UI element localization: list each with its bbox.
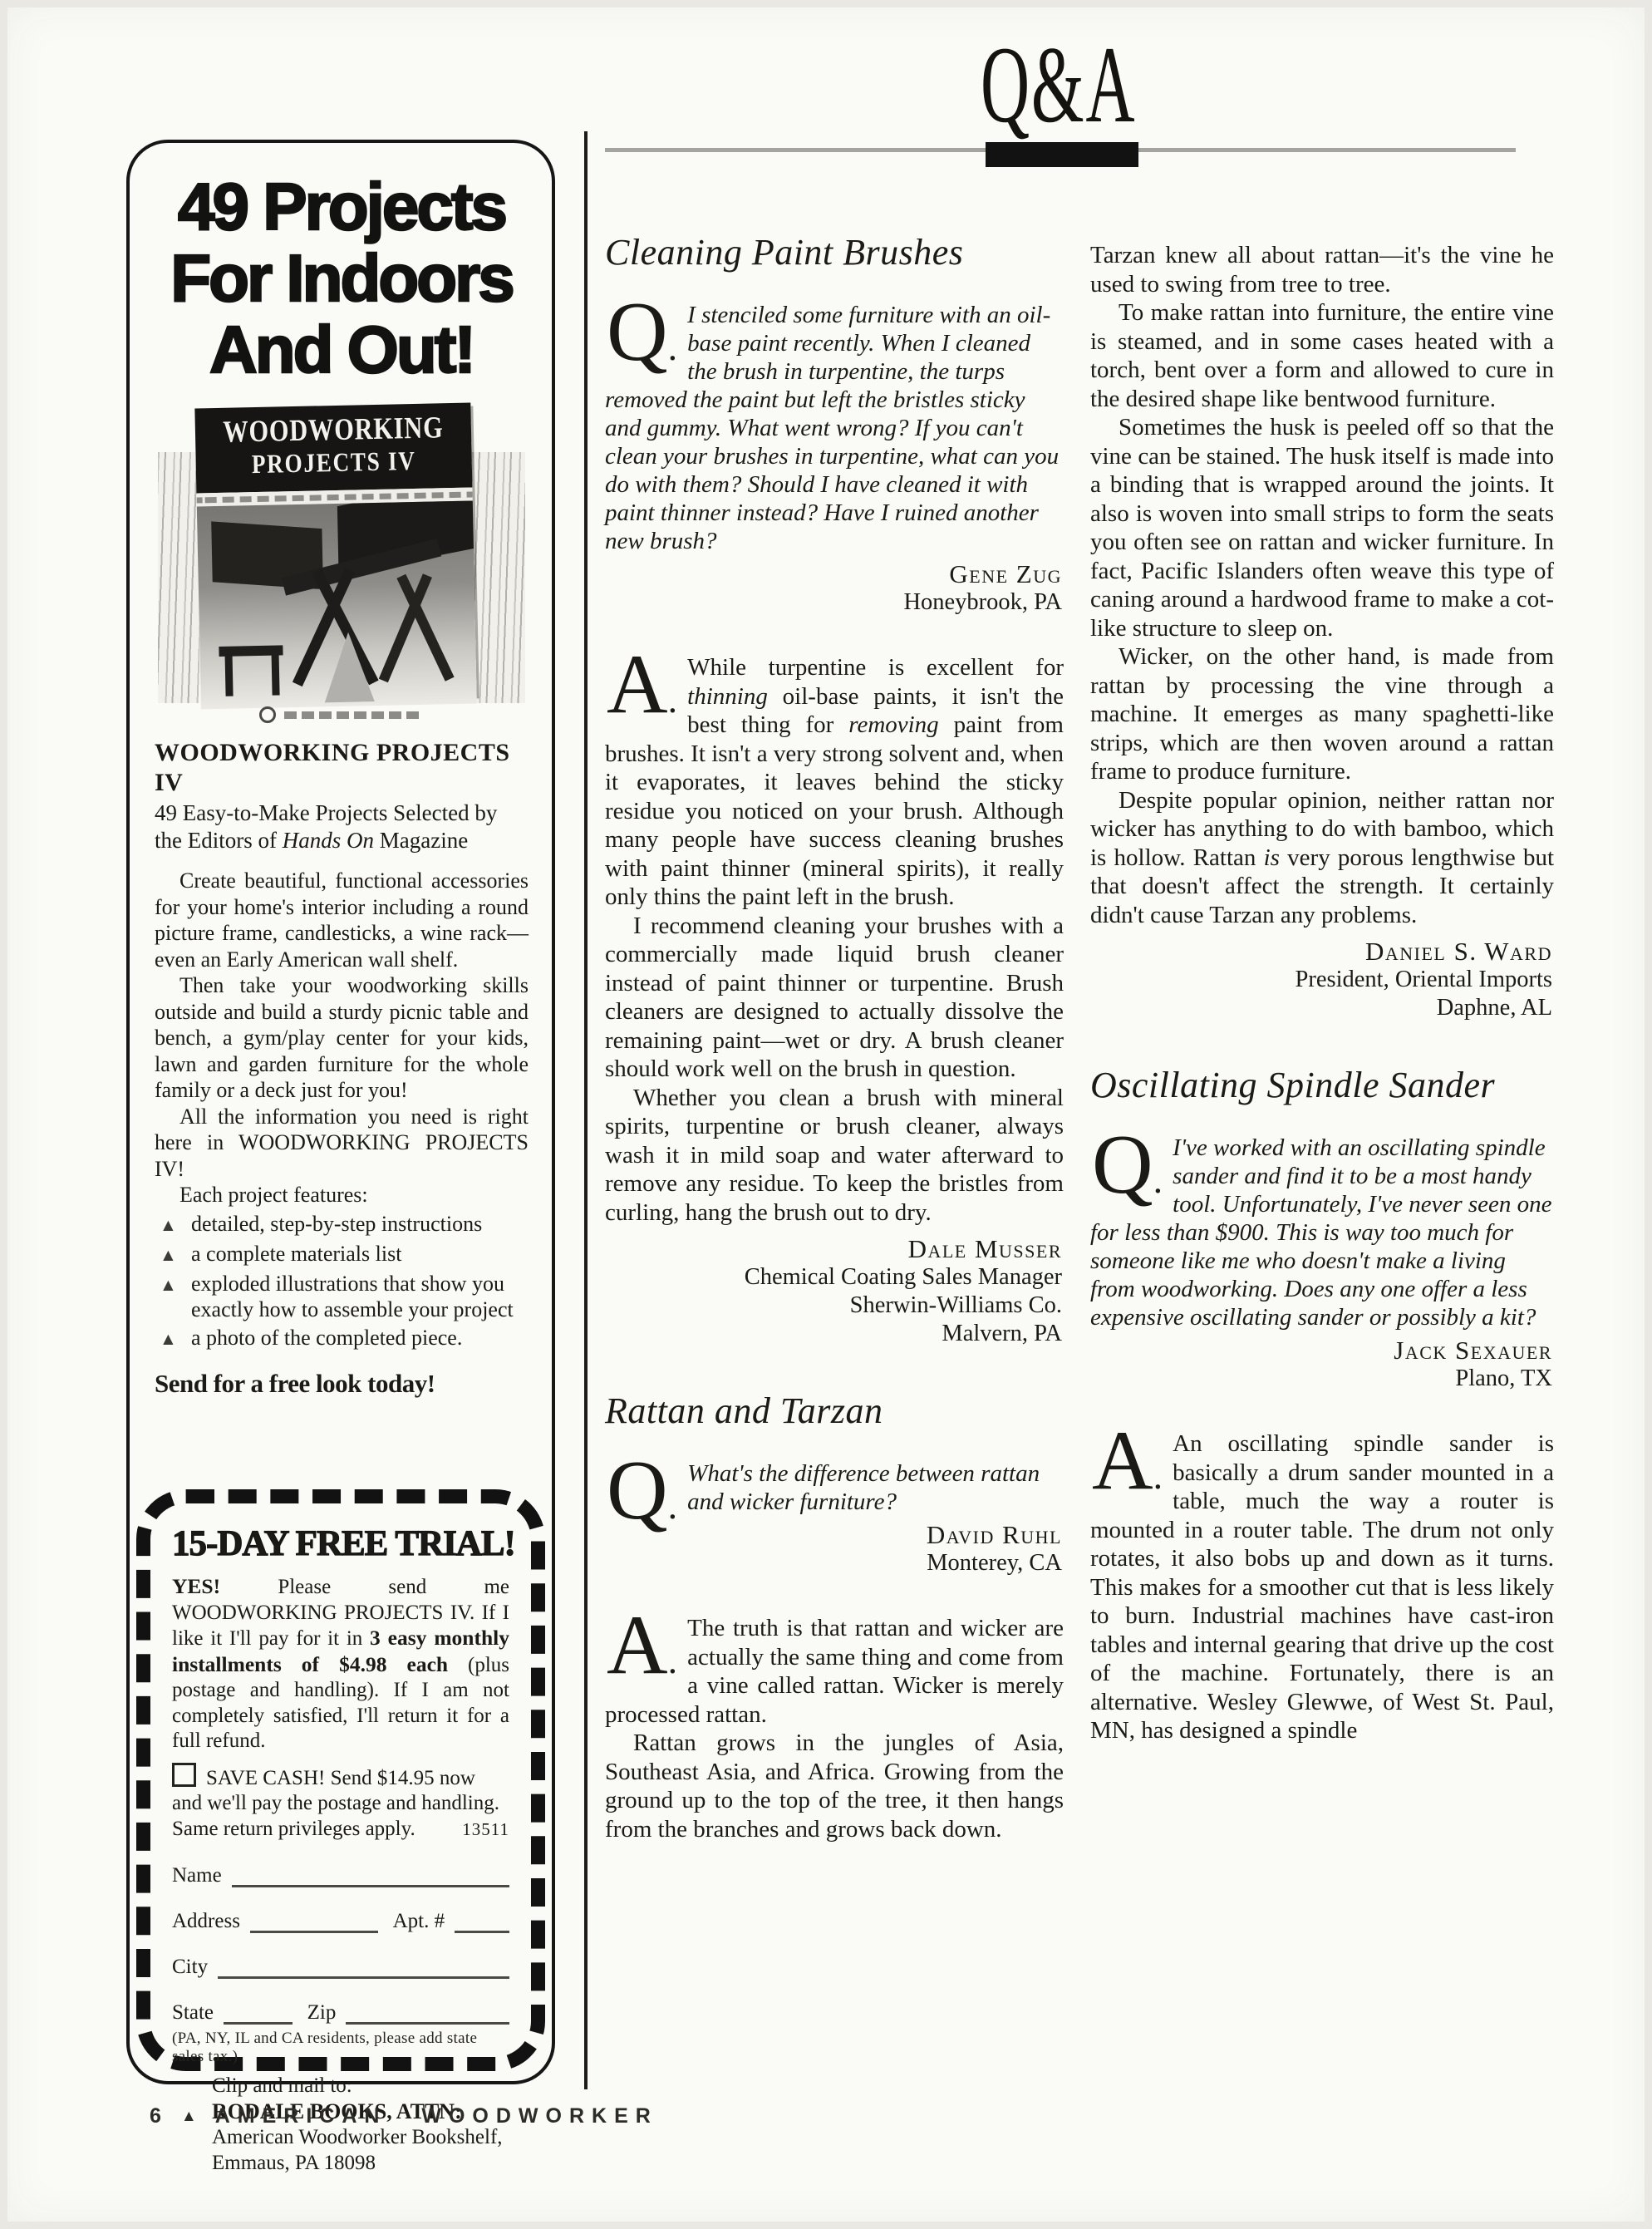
footer-triangle-icon: ▲ [181, 2108, 197, 2126]
page-title: Q&A [981, 30, 1136, 140]
question-block: Q.I've worked with an oscillating spindl… [1090, 1134, 1554, 1331]
page-number: 6 [150, 2104, 161, 2128]
mailing-address-city: Emmaus, PA 18098 [212, 2150, 509, 2176]
feature-list-item: ▲a photo of the completed piece. [160, 1325, 529, 1352]
ad-body-copy: Create beautiful, functional accessories… [155, 868, 529, 1182]
feature-item-text: a complete materials list [191, 1241, 401, 1268]
name-field-label: Name [172, 1864, 222, 1887]
answer-paragraph: Despite popular opinion, neither rattan … [1090, 786, 1554, 930]
feature-list-item: ▲exploded illustrations that show you ex… [160, 1271, 529, 1322]
book-cover-photo-area [197, 501, 477, 710]
return-privileges-text: Same return privileges apply. [172, 1817, 415, 1842]
ad-subtitle-magazine-name: Hands On [283, 828, 374, 853]
dropcap-letter: Q [607, 285, 668, 379]
answer-paragraph: Sometimes the husk is peeled off so that… [1090, 413, 1554, 642]
byline-location: Plano, TX [1090, 1365, 1552, 1393]
book-cover-title-band: WOODWORKING PROJECTS IV [194, 403, 472, 494]
form-row-address: Address Apt. # [172, 1909, 509, 1933]
page-footer: 6 ▲ AMERICAN WOODWORKER [150, 2104, 658, 2128]
byline-location: Monterey, CA [605, 1549, 1062, 1577]
masthead-rule-black [986, 142, 1138, 167]
triangle-bullet-icon: ▲ [160, 1271, 191, 1322]
section-title-oscillating-spindle-sander: Oscillating Spindle Sander [1090, 1065, 1554, 1105]
answer-block: A.An oscillating spindle sander is basic… [1090, 1429, 1554, 1745]
city-field-label: City [172, 1956, 208, 1979]
answer-paragraph: A.An oscillating spindle sander is basic… [1090, 1429, 1554, 1745]
clip-and-mail-label: Clip and mail to: [212, 2073, 509, 2099]
answer-text: paint from brushes. It isn't a very stro… [605, 711, 1064, 910]
byline-location: Honeybrook, PA [605, 588, 1062, 617]
save-cash-checkbox[interactable] [172, 1763, 196, 1787]
coupon-form: Name Address Apt. # City State Zip [172, 1863, 509, 2025]
feature-list-item: ▲detailed, step-by-step instructions [160, 1211, 529, 1238]
address-input-line[interactable] [250, 1909, 378, 1933]
form-row-name: Name [172, 1863, 509, 1887]
feature-item-text: detailed, step-by-step instructions [191, 1211, 482, 1238]
ad-subtitle: 49 Easy-to-Make Projects Selected by the… [155, 800, 529, 854]
ad-upper-content: 49 Projects For Indoors And Out! WOODWOR… [130, 143, 552, 1484]
ad-headline-line3: And Out! [155, 314, 529, 386]
photo-silhouette-shape [323, 632, 375, 702]
answer-paragraph: A.While turpentine is excellent for thin… [605, 653, 1064, 912]
section-title-rattan-and-tarzan: Rattan and Tarzan [605, 1391, 1064, 1431]
byline-title: Chemical Coating Sales Manager [605, 1263, 1062, 1292]
byline-name: Jack Sexauer [1090, 1336, 1552, 1365]
zip-input-line[interactable] [346, 2000, 509, 2025]
answer-continuation-block: Tarzan knew all about rattan—it's the vi… [1090, 241, 1554, 929]
save-cash-text: SAVE CASH! Send $14.95 now and we'll pay… [172, 1767, 499, 1815]
section-title-cleaning-paint-brushes: Cleaning Paint Brushes [605, 233, 1064, 273]
question-block: Q.I stenciled some furniture with an oil… [605, 301, 1064, 555]
publisher-logo-text-bars [284, 711, 424, 719]
ad-product-title: WOODWORKING PROJECTS IV [155, 738, 529, 798]
book-advertisement: 49 Projects For Indoors And Out! WOODWOR… [126, 140, 555, 2084]
byline-name: Gene Zug [605, 560, 1062, 588]
byline-name: Daniel S. Ward [1090, 937, 1552, 966]
dropcap-letter: A [607, 1598, 668, 1692]
dropcap-letter: Q [607, 1444, 668, 1538]
feature-item-text: exploded illustrations that show you exa… [191, 1271, 529, 1322]
answer-byline: Daniel S. Ward President, Oriental Impor… [1090, 937, 1552, 1022]
dropcap-letter: Q [1092, 1118, 1153, 1212]
question-text: What's the difference between rattan and… [687, 1460, 1040, 1515]
woodgrain-background-left [158, 452, 199, 703]
question-byline: Gene Zug Honeybrook, PA [605, 560, 1062, 617]
book-cover: WOODWORKING PROJECTS IV [194, 403, 476, 701]
qa-column-1: Cleaning Paint Brushes Q.I stenciled som… [605, 233, 1064, 1843]
ad-features-list: ▲detailed, step-by-step instructions ▲a … [155, 1211, 529, 1352]
dropcap-letter: A [1092, 1414, 1153, 1508]
triangle-bullet-icon: ▲ [160, 1325, 191, 1352]
answer-dropcap: A. [607, 658, 677, 713]
dropcap-period: . [668, 326, 678, 368]
question-block: Q.What's the difference between rattan a… [605, 1459, 1064, 1516]
question-byline: David Ruhl Monterey, CA [605, 1521, 1062, 1577]
column-divider-rule [584, 131, 588, 2089]
city-input-line[interactable] [218, 1955, 509, 1979]
book-cover-title-line1: WOODWORKING [219, 411, 446, 450]
dropcap-period: . [668, 1484, 678, 1527]
zip-field-label: Zip [307, 2001, 337, 2025]
ad-paragraph: Create beautiful, functional accessories… [155, 868, 529, 972]
book-cover-title-line2: PROJECTS IV [216, 445, 451, 480]
magazine-page: Q&A 49 Projects For Indoors And Out! WOO… [0, 0, 1652, 2229]
answer-dropcap: A. [607, 1619, 677, 1674]
apt-input-line[interactable] [455, 1909, 509, 1933]
byline-location: Daphne, AL [1090, 994, 1552, 1022]
ad-headline: 49 Projects For Indoors And Out! [155, 171, 529, 386]
apt-field-label: Apt. # [393, 1910, 445, 1933]
answer-paragraph: Wicker, on the other hand, is made from … [1090, 642, 1554, 786]
answer-paragraph: Tarzan knew all about rattan—it's the vi… [1090, 241, 1554, 298]
triangle-bullet-icon: ▲ [160, 1241, 191, 1268]
ad-paragraph: All the information you need is right he… [155, 1104, 529, 1183]
answer-italic-word: removing [848, 711, 938, 738]
photo-silhouette-shape [224, 654, 233, 696]
form-row-city: City [172, 1955, 509, 1979]
question-dropcap: Q. [607, 306, 677, 361]
feature-list-item: ▲a complete materials list [160, 1241, 529, 1268]
answer-paragraph: To make rattan into furniture, the entir… [1090, 298, 1554, 413]
coupon-title: 15-DAY FREE TRIAL! [172, 1523, 509, 1564]
answer-italic-word: is [1264, 844, 1280, 871]
feature-item-text: a photo of the completed piece. [191, 1325, 462, 1352]
woodgrain-background-right [472, 452, 525, 703]
ad-subtitle-end: Magazine [374, 828, 468, 853]
dropcap-period: . [668, 678, 678, 721]
book-cover-photo: WOODWORKING PROJECTS IV [158, 397, 525, 723]
dropcap-period: . [1153, 1159, 1163, 1201]
question-dropcap: Q. [607, 1464, 677, 1519]
ad-paragraph: Then take your woodworking skills outsid… [155, 972, 529, 1104]
name-input-line[interactable] [232, 1863, 509, 1887]
byline-title: President, Oriental Imports [1090, 966, 1552, 994]
magazine-name: AMERICAN WOODWORKER [215, 2104, 658, 2128]
ad-features-label: Each project features: [155, 1182, 529, 1208]
publisher-logo-icon [259, 706, 276, 723]
state-field-label: State [172, 2001, 214, 2025]
publisher-logo-row [158, 706, 525, 723]
answer-byline: Dale Musser Chemical Coating Sales Manag… [605, 1235, 1062, 1348]
byline-location: Malvern, PA [605, 1320, 1062, 1348]
ad-call-to-action: Send for a free look today! [155, 1369, 529, 1399]
answer-paragraph: I recommend cleaning your brushes with a… [605, 912, 1064, 1084]
answer-paragraph: A.The truth is that rattan and wicker ar… [605, 1614, 1064, 1729]
byline-company: Sherwin-Williams Co. [605, 1292, 1062, 1320]
answer-paragraph: Rattan grows in the jungles of Asia, Sou… [605, 1729, 1064, 1843]
triangle-bullet-icon: ▲ [160, 1211, 191, 1238]
sales-tax-note: (PA, NY, IL and CA residents, please add… [172, 2030, 509, 2066]
question-dropcap: Q. [1092, 1139, 1163, 1193]
coupon-yes-text: YES! [172, 1574, 220, 1598]
question-byline: Jack Sexauer Plano, TX [1090, 1336, 1552, 1393]
state-input-line[interactable] [224, 2000, 293, 2025]
coupon-code: 13511 [462, 1817, 509, 1842]
form-row-state-zip: State Zip [172, 2000, 509, 2025]
answer-dropcap: A. [1092, 1434, 1163, 1489]
answer-italic-word: thinning [687, 683, 768, 710]
photo-silhouette-shape [272, 653, 280, 696]
answer-paragraph: Whether you clean a brush with mineral s… [605, 1084, 1064, 1228]
return-privileges-row: Same return privileges apply. 13511 [172, 1817, 509, 1842]
save-cash-option: SAVE CASH! Send $14.95 now and we'll pay… [172, 1763, 509, 1817]
coupon-offer-text: YES! Please send me WOODWORKING PROJECTS… [172, 1574, 509, 1754]
dropcap-letter: A [607, 637, 668, 731]
ad-headline-line1: 49 Projects [155, 171, 529, 243]
answer-text: While turpentine is excellent for [687, 654, 1064, 681]
qa-column-2: Tarzan knew all about rattan—it's the vi… [1090, 241, 1554, 1745]
answer-block: A.While turpentine is excellent for thin… [605, 653, 1064, 1227]
ad-headline-line2: For Indoors [155, 243, 529, 314]
dropcap-period: . [1153, 1454, 1163, 1497]
mail-in-coupon: 15-DAY FREE TRIAL! YES! Please send me W… [136, 1489, 545, 2071]
dropcap-period: . [668, 1639, 678, 1681]
answer-block: A.The truth is that rattan and wicker ar… [605, 1614, 1064, 1843]
byline-name: Dale Musser [605, 1235, 1062, 1263]
address-field-label: Address [172, 1910, 240, 1933]
